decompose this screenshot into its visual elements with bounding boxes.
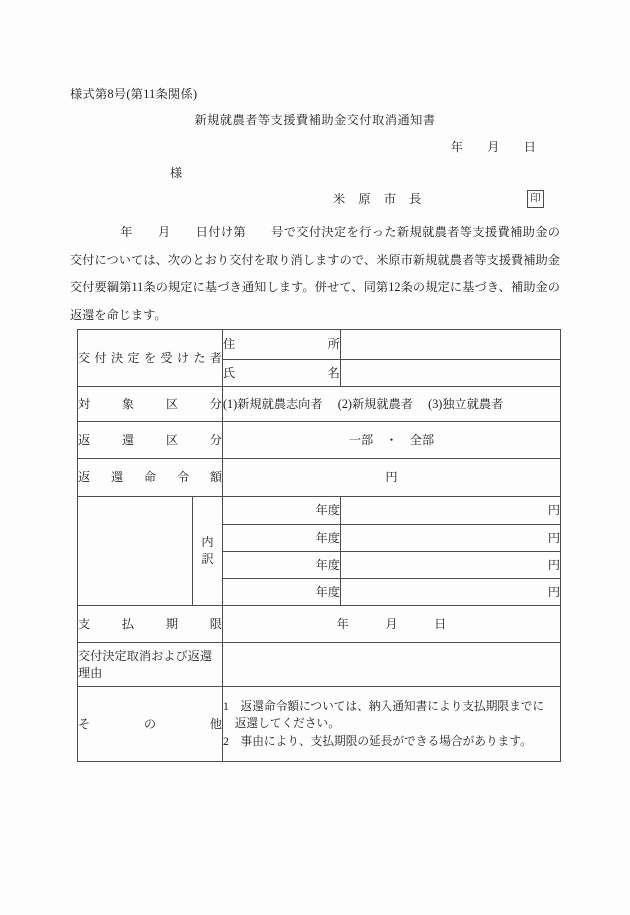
name-label-cell: 氏名: [223, 360, 341, 387]
recipient-label-cell: 交付決定を受けた者: [78, 330, 223, 387]
breakdown-amount-cell: 円: [341, 552, 561, 579]
other-note-item: 2 事由により、支払期限の延長ができる場合があります。: [223, 733, 560, 751]
issuer-title: 米 原 市 長: [333, 192, 422, 206]
notice-table: 交付決定を受けた者 住所 氏名 対象区分 (1)新規就農志向者 (2)新規就農者…: [77, 329, 561, 762]
table-row-address: 交付決定を受けた者 住所: [78, 330, 561, 360]
body-line: 年 月 日付け第 号で交付決定を行った新規就農者等支援費補助金の: [70, 219, 560, 247]
addressee-line: 様: [70, 165, 560, 182]
document-title: 新規就農者等支援費補助金交付取消通知書: [70, 112, 560, 129]
target-category-label-cell: 対象区分: [78, 387, 223, 422]
table-row-breakdown: 内 訳 年度 円: [78, 497, 561, 525]
breakdown-year-cell: 年度: [223, 497, 341, 525]
breakdown-amount-cell: 円: [341, 525, 561, 552]
refund-order-value-cell: 円: [223, 459, 561, 497]
refund-order-label-cell: 返還命令額: [78, 459, 223, 497]
breakdown-label-cell: 内 訳: [193, 497, 223, 606]
breakdown-amount-cell: 円: [341, 497, 561, 525]
form-number: 様式第8号(第11条関係): [70, 86, 560, 103]
seal-mark: 印: [527, 190, 544, 208]
other-label-cell: その他: [78, 687, 223, 762]
cancellation-reason-value-cell: [223, 643, 561, 687]
refund-category-label-cell: 返還区分: [78, 422, 223, 459]
cancellation-reason-label-cell: 交付決定取消および返還 理由: [78, 643, 223, 687]
issue-date-line: 年 月 日: [70, 139, 560, 156]
breakdown-amount-cell: 円: [341, 579, 561, 606]
refund-category-value-cell: 一部 ・ 全部: [223, 422, 561, 459]
breakdown-year-cell: 年度: [223, 579, 341, 606]
table-row-other: その他 1 返還命令額については、納入通知書により支払期限までに 返還してくださ…: [78, 687, 561, 762]
body-line: 交付要綱第11条の規定に基づき通知します。併せて、同第12条の規定に基づき、補助…: [70, 274, 560, 302]
breakdown-spacer-cell: [78, 497, 193, 606]
breakdown-year-cell: 年度: [223, 552, 341, 579]
table-row-target-category: 対象区分 (1)新規就農志向者 (2)新規就農者 (3)独立就農者: [78, 387, 561, 422]
issuer-line: 米 原 市 長 印: [70, 191, 560, 208]
name-value-cell: [341, 360, 561, 387]
target-category-value-cell: (1)新規就農志向者 (2)新規就農者 (3)独立就農者: [223, 387, 561, 422]
body-paragraph: 年 月 日付け第 号で交付決定を行った新規就農者等支援費補助金の 交付については…: [70, 219, 560, 329]
table-row-refund-order-amount: 返還命令額 円: [78, 459, 561, 497]
breakdown-year-cell: 年度: [223, 525, 341, 552]
payment-deadline-label-cell: 支払期限: [78, 606, 223, 643]
body-line: 返還を命じます。: [70, 302, 560, 330]
table-row-payment-deadline: 支払期限 年 月 日: [78, 606, 561, 643]
other-notes-cell: 1 返還命令額については、納入通知書により支払期限までに 返還してください。 2…: [223, 687, 561, 762]
table-row-refund-category: 返還区分 一部 ・ 全部: [78, 422, 561, 459]
document-page: 様式第8号(第11条関係) 新規就農者等支援費補助金交付取消通知書 年 月 日 …: [0, 0, 630, 915]
body-line: 交付については、次のとおり交付を取り消しますので、米原市新規就農者等支援費補助金: [70, 247, 560, 275]
address-label-cell: 住所: [223, 330, 341, 360]
payment-deadline-value-cell: 年 月 日: [223, 606, 561, 643]
table-row-cancellation-reason: 交付決定取消および返還 理由: [78, 643, 561, 687]
address-value-cell: [341, 330, 561, 360]
other-note-item: 1 返還命令額については、納入通知書により支払期限までに 返還してください。: [223, 698, 560, 733]
